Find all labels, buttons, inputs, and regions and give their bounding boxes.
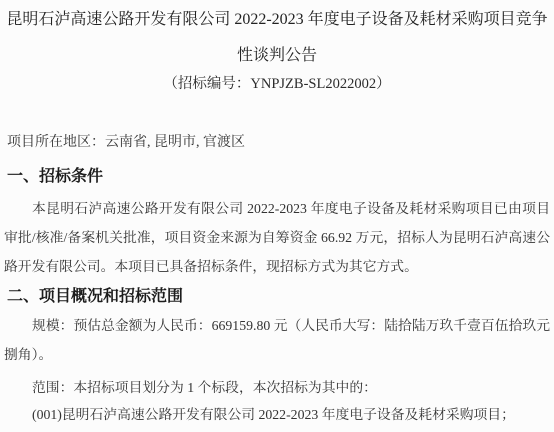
section-heading-project-overview: 二、项目概况和招标范围	[4, 282, 550, 311]
lot-001-paragraph: (001)昆明石泸高速公路开发有限公司 2022-2023 年度电子设备及耗材采…	[4, 400, 550, 429]
section-heading-bidding-conditions: 一、招标条件	[4, 162, 550, 191]
tender-number-line: （招标编号：YNPJZB-SL2022002）	[4, 74, 550, 94]
project-scale-paragraph: 规模：预估总金额为人民币：669159.80 元（人民币大写：陆拾陆万玖千壹百伍…	[4, 311, 550, 369]
project-location-line: 项目所在地区：云南省, 昆明市, 官渡区	[4, 128, 550, 157]
project-scope-paragraph: 范围：本招标项目划分为 1 个标段，本次招标为其中的：	[4, 373, 550, 402]
bidding-conditions-paragraph: 本昆明石泸高速公路开发有限公司 2022-2023 年度电子设备及耗材采购项目已…	[4, 194, 550, 281]
tender-announcement-document: 昆明石泸高速公路开发有限公司 2022-2023 年度电子设备及耗材采购项目竞争…	[0, 0, 554, 432]
document-title: 昆明石泸高速公路开发有限公司 2022-2023 年度电子设备及耗材采购项目竞争…	[4, 2, 550, 74]
